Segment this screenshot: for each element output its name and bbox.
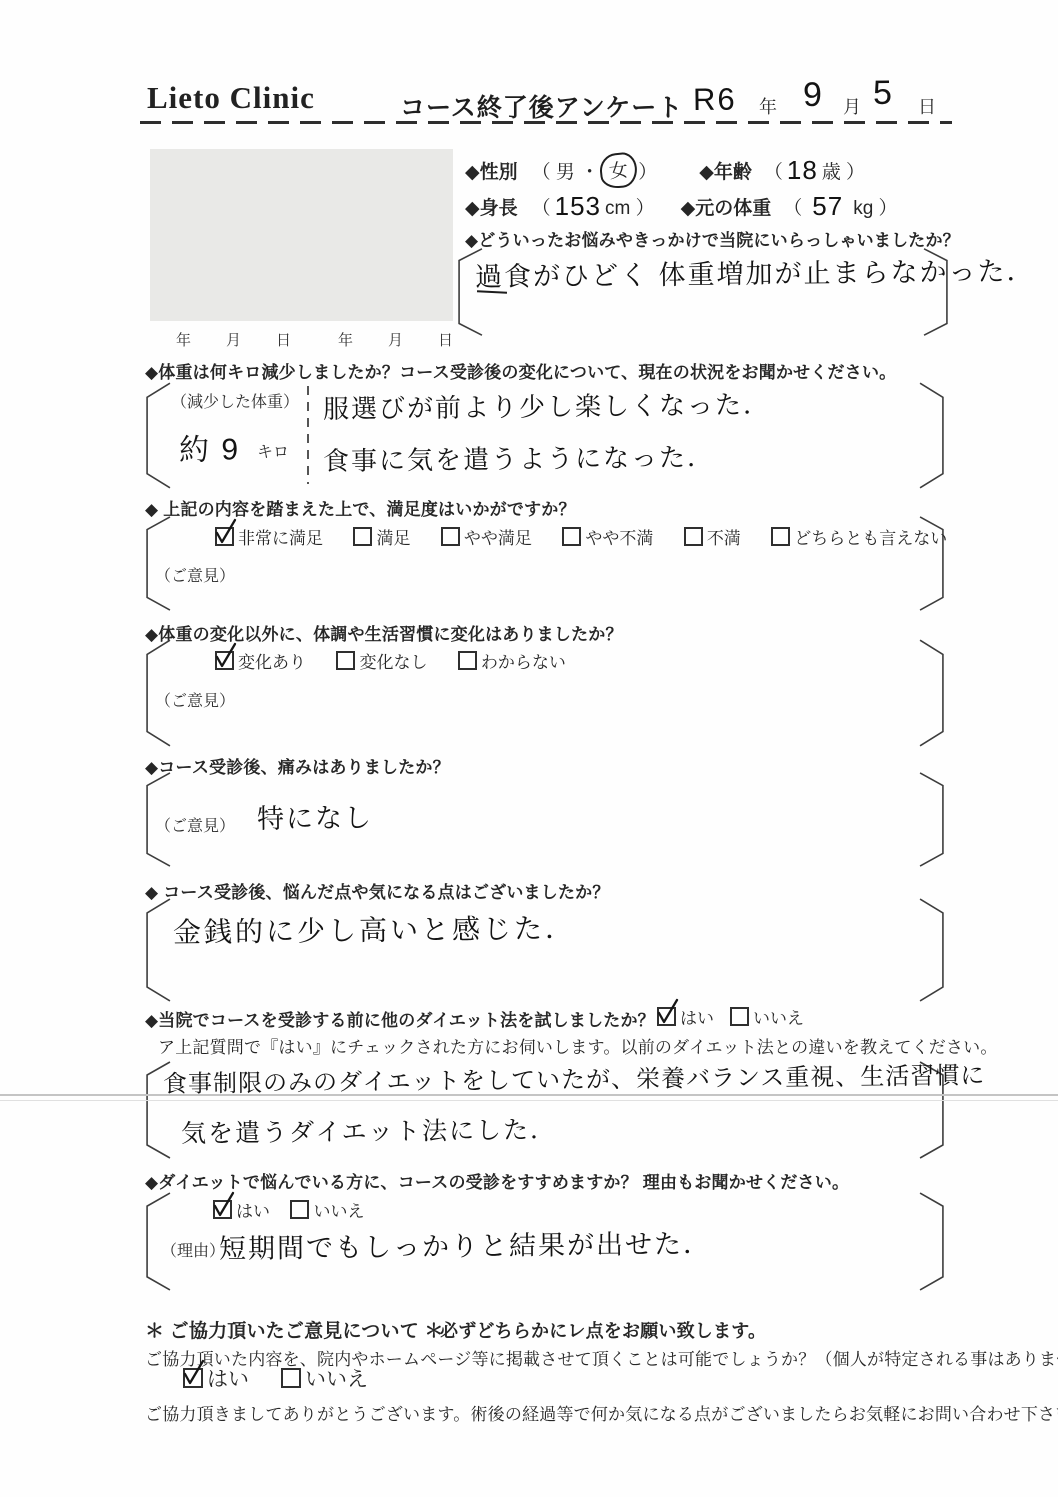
base-weight-open: （ bbox=[783, 193, 802, 220]
option-change-no: 変化なし bbox=[336, 648, 427, 673]
answer-bracket-right bbox=[919, 1191, 945, 1292]
comment-label: （ご意見） bbox=[155, 688, 235, 711]
column-divider bbox=[307, 386, 309, 484]
footer-instruction: 必ずどちらかにレ点をお願い致します。 bbox=[440, 1317, 766, 1343]
checkbox-change-yes[interactable] bbox=[215, 651, 234, 670]
date-day-value: 5 bbox=[873, 74, 894, 113]
answer-box-other-changes: 変化あり 変化なし わからない （ご意見） bbox=[145, 638, 945, 748]
option-label: やや不満 bbox=[585, 524, 653, 549]
option-label: はい bbox=[236, 1197, 270, 1222]
recommend-answer-handwriting: 短期間でもしっかりと結果が出せた． bbox=[219, 1222, 712, 1266]
option-label: 不満 bbox=[707, 524, 741, 549]
option-neither: どちらとも言えない bbox=[771, 524, 947, 549]
checkbox-change-no[interactable] bbox=[336, 651, 355, 670]
option-very-satisfied: 非常に満足 bbox=[215, 524, 323, 549]
checkmark-icon bbox=[656, 997, 680, 1025]
age-close: 歳 ） bbox=[822, 157, 865, 184]
option-dissatisfied: 不満 bbox=[684, 524, 741, 549]
checkbox-recommend-no[interactable] bbox=[290, 1200, 309, 1219]
answer-box-pain: （ご意見） 特になし bbox=[145, 771, 945, 868]
reason-answer-handwriting: 過食がひどく 体重増加が止まらなかった． bbox=[475, 249, 1036, 294]
checkbox-recommend-yes[interactable] bbox=[213, 1200, 232, 1219]
option-label: いいえ bbox=[305, 1363, 368, 1393]
prior-diet-answer-line2: 気を遣うダイエット法にした． bbox=[181, 1110, 557, 1150]
concerns-answer-handwriting: 金銭的に少し高いと感じた． bbox=[173, 907, 576, 951]
answer-box-concerns: 金銭的に少し高いと感じた． bbox=[145, 897, 945, 1003]
photo-date-right: 年 月 日 bbox=[338, 329, 463, 350]
option-label: やや満足 bbox=[464, 524, 532, 549]
checkbox-prior-diet-yes[interactable] bbox=[657, 1007, 676, 1026]
gender-label: ◆性別 bbox=[465, 157, 518, 184]
gender-selected-circle: 女 bbox=[598, 151, 638, 190]
gender-open: （ 男 ・ bbox=[532, 157, 600, 184]
option-change-unknown: わからない bbox=[458, 648, 566, 673]
scan-artifact-line bbox=[0, 1094, 1058, 1096]
age-label: ◆年齢 bbox=[699, 157, 752, 184]
question-prior-diet-sub: ア上記質問で『はい』にチェックされた方にお伺いします。以前のダイエット法との違い… bbox=[158, 1033, 998, 1058]
checkbox-neither[interactable] bbox=[771, 527, 790, 546]
age-open: （ bbox=[764, 157, 783, 184]
age-value: 18 bbox=[783, 155, 822, 186]
checkbox-somewhat-satisfied[interactable] bbox=[441, 527, 460, 546]
option-label: どちらとも言えない bbox=[794, 524, 947, 549]
checkmark-icon bbox=[214, 517, 238, 545]
option-satisfied: 満足 bbox=[353, 524, 410, 549]
option-somewhat-satisfied: やや満足 bbox=[441, 524, 532, 549]
date-era-year-value: R6 bbox=[693, 82, 737, 118]
option-prior-diet-yes: はい bbox=[657, 1004, 714, 1029]
option-label: 非常に満足 bbox=[238, 524, 323, 549]
patient-photo-redacted bbox=[150, 149, 453, 321]
option-label: 満足 bbox=[376, 524, 410, 549]
answer-bracket-right bbox=[919, 897, 945, 1003]
pain-answer-handwriting: 特になし bbox=[257, 796, 373, 836]
option-change-yes: 変化あり bbox=[215, 648, 306, 673]
option-label: いいえ bbox=[313, 1197, 364, 1222]
height-close: cm ） bbox=[605, 193, 655, 220]
base-weight-close: kg ） bbox=[853, 193, 897, 220]
question-weight-loss: ◆体重は何キロ減少しましたか？コース受診後の変化について、現在の状況をお聞かせく… bbox=[145, 358, 896, 383]
option-label: 変化なし bbox=[359, 648, 427, 673]
lost-weight-value-handwriting: 約 9 bbox=[179, 424, 240, 469]
checkbox-satisfied[interactable] bbox=[353, 527, 372, 546]
checkbox-dissatisfied[interactable] bbox=[684, 527, 703, 546]
reason-label: （理由） bbox=[161, 1238, 225, 1261]
weight-loss-answer-line1: 服選びが前より少し楽しくなった． bbox=[323, 384, 771, 426]
comment-label: （ご意見） bbox=[155, 563, 235, 586]
option-publish-no: いいえ bbox=[281, 1363, 368, 1393]
checkbox-somewhat-dissatisfied[interactable] bbox=[562, 527, 581, 546]
date-day-label: 日 bbox=[918, 93, 936, 119]
checkmark-icon bbox=[212, 1190, 236, 1218]
answer-bracket-right bbox=[919, 381, 945, 490]
question-prior-diet: ◆当院でコースを受診する前に他のダイエット法を試しましたか？ bbox=[145, 1006, 655, 1031]
base-weight-value: 57 bbox=[808, 191, 847, 222]
date-month-label: 月 bbox=[843, 93, 861, 119]
checkbox-change-unknown[interactable] bbox=[458, 651, 477, 670]
scanned-survey-page: Lieto Clinic コース終了後アンケート R6 年 9 月 5 日 年 … bbox=[0, 0, 1058, 1497]
weight-loss-answer-line2: 食事に気を遣うようになった． bbox=[323, 437, 715, 478]
option-prior-diet-no: いいえ bbox=[730, 1004, 804, 1029]
option-label: はい bbox=[680, 1004, 714, 1029]
option-label: わからない bbox=[481, 648, 566, 673]
answer-bracket-left bbox=[145, 897, 171, 1003]
height-open: （ bbox=[532, 193, 551, 220]
checkmark-icon bbox=[182, 1358, 206, 1386]
gender-close: ） bbox=[638, 157, 657, 184]
answer-bracket-right bbox=[919, 638, 945, 748]
photo-date-left: 年 月 日 bbox=[176, 329, 301, 350]
answer-box-reason: 過食がひどく 体重増加が止まらなかった． bbox=[457, 247, 949, 337]
checkmark-icon bbox=[214, 641, 238, 669]
height-value: 153 bbox=[551, 191, 605, 222]
lost-weight-caption: （減少した体重） bbox=[171, 389, 299, 412]
option-label: 変化あり bbox=[238, 648, 306, 673]
footer-title: ＊ ご協力頂いたご意見について ＊ bbox=[145, 1316, 444, 1343]
answer-box-prior-diet: 食事制限のみのダイエットをしていたが、栄養バランス重視、生活習慣に 気を遣うダイ… bbox=[145, 1060, 945, 1160]
option-publish-yes: はい bbox=[183, 1363, 249, 1393]
answer-box-weight-loss: （減少した体重） 約 9 キロ 服選びが前より少し楽しくなった． 食事に気を遣う… bbox=[145, 381, 945, 490]
checkbox-publish-yes[interactable] bbox=[183, 1368, 203, 1388]
height-label: ◆身長 bbox=[465, 193, 518, 220]
clinic-logo-text: Lieto Clinic bbox=[147, 80, 315, 116]
checkbox-prior-diet-no[interactable] bbox=[730, 1007, 749, 1026]
option-label: はい bbox=[207, 1363, 249, 1393]
scan-artifact-line bbox=[0, 1100, 1058, 1101]
answer-bracket-left bbox=[145, 381, 171, 490]
checkbox-very-satisfied[interactable] bbox=[215, 527, 234, 546]
answer-bracket-right bbox=[919, 771, 945, 868]
question-recommend: ◆ダイエットで悩んでいる方に、コースの受診をすすめますか？ 理由もお聞かせくださ… bbox=[145, 1168, 849, 1193]
checkbox-publish-no[interactable] bbox=[281, 1368, 301, 1388]
answer-box-satisfaction: 非常に満足 満足 やや満足 やや不満 不満 どちらとも言えない bbox=[145, 515, 945, 612]
comment-label: （ご意見） bbox=[155, 813, 235, 836]
prior-diet-answer-line1: 食事制限のみのダイエットをしていたが、栄養バランス重視、生活習慣に bbox=[163, 1055, 986, 1099]
option-recommend-yes: はい bbox=[213, 1197, 270, 1222]
lost-weight-unit: キロ bbox=[257, 439, 289, 462]
answer-box-recommend: はい いいえ （理由） 短期間でもしっかりと結果が出せた． bbox=[145, 1191, 945, 1292]
base-weight-label: ◆元の体重 bbox=[681, 193, 772, 220]
footer-thanks: ご協力頂きましてありがとうございます。術後の経過等で何か気になる点がございました… bbox=[145, 1400, 1058, 1425]
date-year-label: 年 bbox=[759, 93, 777, 119]
option-recommend-no: いいえ bbox=[290, 1197, 364, 1222]
option-label: いいえ bbox=[753, 1004, 804, 1029]
option-somewhat-dissatisfied: やや不満 bbox=[562, 524, 653, 549]
form-title: コース終了後アンケート bbox=[400, 88, 683, 124]
date-month-value: 9 bbox=[803, 76, 824, 115]
header-divider bbox=[140, 121, 952, 124]
